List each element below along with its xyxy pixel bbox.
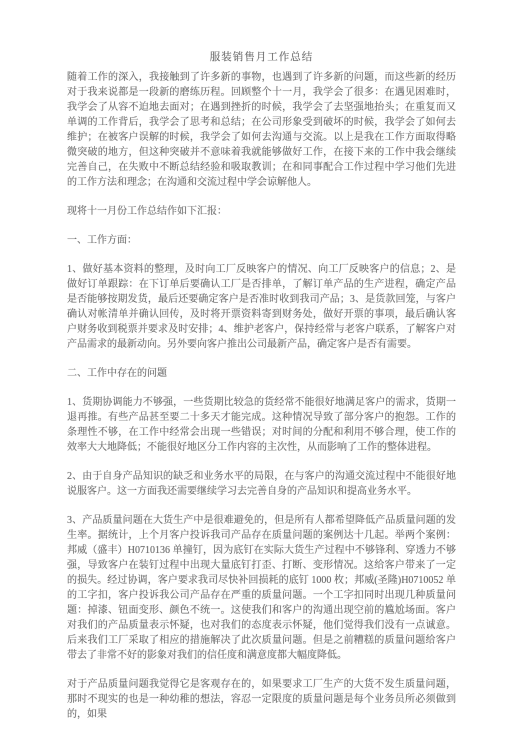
document-body: 服装销售月工作总结 随着工作的深入，我接触到了许多新的事物，也遇到了许多新的问题… xyxy=(67,50,456,722)
paragraph-problem-1: 1、货期协调能力不够强，一些货期比较急的货经常不能很好地满足客户的需求，货期一退… xyxy=(67,395,456,455)
heading-section-work: 一、工作方面： xyxy=(67,233,456,248)
paragraph-closing: 对于产品质量问题我觉得它是客观存在的，如果要求工厂生产的大货不发生质量问题，那时… xyxy=(67,677,456,722)
paragraph-problem-2: 2、由于自身产品知识的缺乏和业务水平的局限，在与客户的沟通交流过程中不能很好地说… xyxy=(67,469,456,499)
paragraph-intro: 随着工作的深入，我接触到了许多新的事物，也遇到了许多新的问题，而这些新的经历对于… xyxy=(67,70,456,190)
document-title: 服装销售月工作总结 xyxy=(67,50,456,65)
heading-section-problems: 二、工作中存在的问题 xyxy=(67,366,456,381)
document-page: 服装销售月工作总结 随着工作的深入，我接触到了许多新的事物，也遇到了许多新的问题… xyxy=(0,0,520,735)
paragraph-problem-3: 3、产品质量问题在大货生产中是很难避免的，但是所有人都希望降低产品质量问题的发生… xyxy=(67,513,456,663)
paragraph-report-lead: 现将十一月份工作总结作如下汇报： xyxy=(67,204,456,219)
paragraph-work-items: 1、做好基本资料的整理，及时向工厂反映客户的情况、向工厂反映客户的信息；2、是做… xyxy=(67,262,456,352)
